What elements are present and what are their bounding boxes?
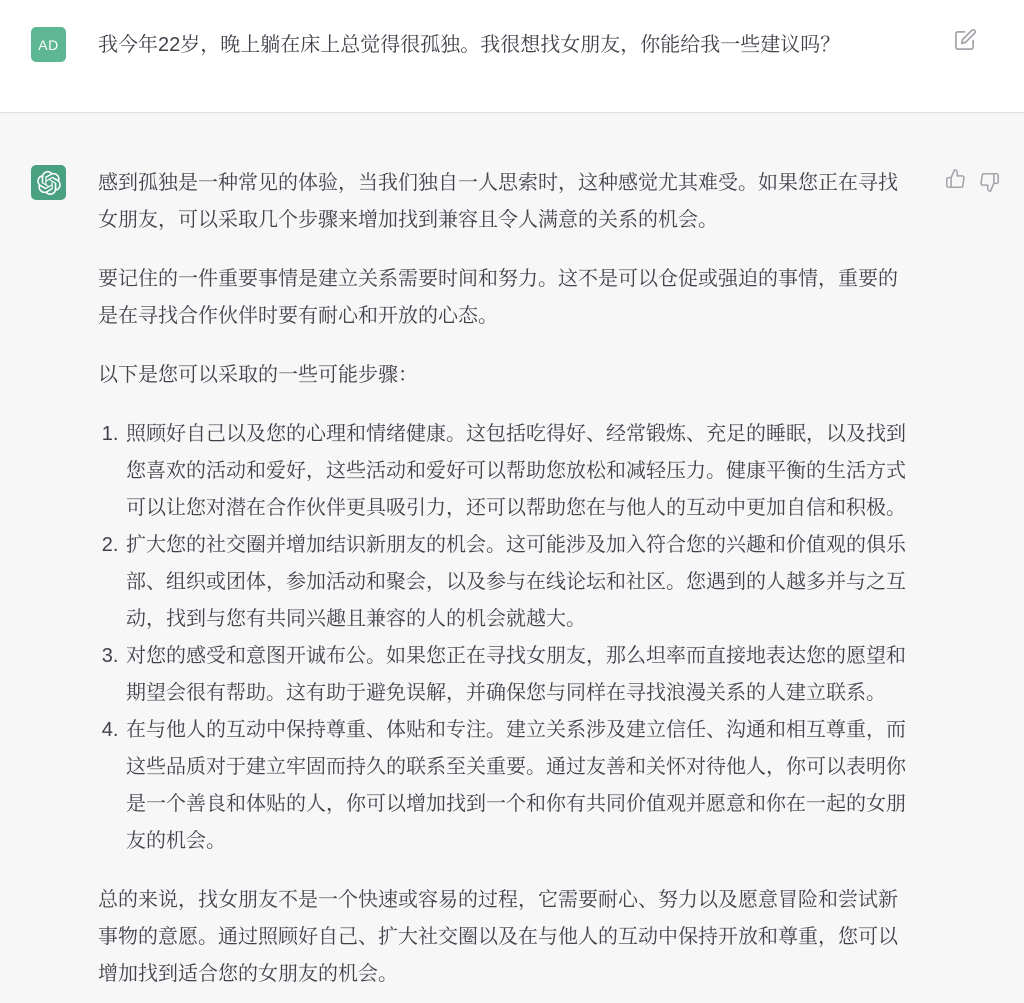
assistant-message-text: 感到孤独是一种常见的体验，当我们独自一人思索时，这种感觉尤其难受。如果您正在寻找… <box>98 165 908 993</box>
user-message-row: AD 我今年22岁，晚上躺在床上总觉得很孤独。我很想找女朋友，你能给我一些建议吗… <box>0 0 1024 112</box>
edit-message-button[interactable] <box>954 28 977 51</box>
assistant-message-row: 感到孤独是一种常见的体验，当我们独自一人思索时，这种感觉尤其难受。如果您正在寻找… <box>0 112 1024 1003</box>
openai-logo-icon <box>37 171 61 195</box>
pencil-square-icon <box>954 28 977 51</box>
assistant-paragraph-list-lead: 以下是您可以采取的一些可能步骤： <box>98 357 908 394</box>
assistant-paragraph-intro2: 要记住的一件重要事情是建立关系需要时间和努力。这不是可以仓促或强迫的事情，重要的… <box>98 261 908 335</box>
chatgpt-avatar <box>31 165 66 200</box>
step-item-2: 扩大您的社交圈并增加结识新朋友的机会。这可能涉及加入符合您的兴趣和价值观的俱乐部… <box>124 527 908 638</box>
thumbs-up-icon <box>945 168 966 189</box>
assistant-paragraph-outro: 总的来说，找女朋友不是一个快速或容易的过程，它需要耐心、努力以及愿意冒险和尝试新… <box>98 882 908 993</box>
assistant-paragraph-intro1: 感到孤独是一种常见的体验，当我们独自一人思索时，这种感觉尤其难受。如果您正在寻找… <box>98 165 908 239</box>
user-message-text: 我今年22岁，晚上躺在床上总觉得很孤独。我很想找女朋友，你能给我一些建议吗？ <box>98 30 908 60</box>
user-message-actions <box>954 28 1024 51</box>
steps-list: 照顾好自己以及您的心理和情绪健康。这包括吃得好、经常锻炼、充足的睡眠，以及找到您… <box>98 416 908 860</box>
step-item-1: 照顾好自己以及您的心理和情绪健康。这包括吃得好、经常锻炼、充足的睡眠，以及找到您… <box>124 416 908 527</box>
thumbs-up-button[interactable] <box>945 168 966 189</box>
step-item-4: 在与他人的互动中保持尊重、体贴和专注。建立关系涉及建立信任、沟通和相互尊重，而这… <box>124 712 908 860</box>
user-avatar: AD <box>31 27 66 62</box>
assistant-message-actions <box>945 168 1024 193</box>
thumbs-down-icon <box>979 172 1000 193</box>
step-item-3: 对您的感受和意图开诚布公。如果您正在寻找女朋友，那么坦率而直接地表达您的愿望和期… <box>124 638 908 712</box>
thumbs-down-button[interactable] <box>979 172 1000 193</box>
